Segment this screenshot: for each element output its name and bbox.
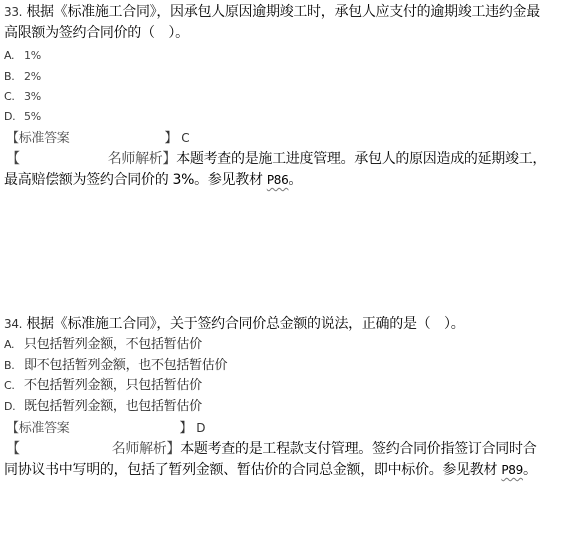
option-text: 只包括暂列金额，不包括暂估价 [24, 337, 202, 352]
question-stem-line: 34. 根据《标准施工合同》，关于签约合同价总金额的说法，正确的是（ ）。 [4, 314, 464, 334]
standard-answer: 【标准答案】D [6, 418, 205, 439]
option-text: 即不包括暂列金额，也不包括暂估价 [24, 358, 227, 373]
answer-label: 【标准答案 [6, 421, 70, 436]
option-text: 1% [24, 49, 41, 62]
option-text: 3% [24, 90, 41, 103]
option-label: D. [4, 107, 24, 127]
answer-label: 【标准答案 [6, 131, 70, 146]
answer-value: C [181, 131, 189, 145]
option-a: A.只包括暂列金额，不包括暂估价 [4, 335, 202, 355]
analysis-text: 本题考查的是工程款支付管理。签约合同价指签订合同时合 [180, 441, 536, 457]
option-d: D.5% [4, 107, 41, 127]
analysis-end: 。 [523, 462, 537, 478]
standard-answer: 【标准答案】C [6, 128, 189, 149]
analysis-line: 【名师解析】本题考查的是工程款支付管理。签约合同价指签订合同时合 [6, 439, 536, 459]
question-stem-text: 根据《标准施工合同》，关于签约合同价总金额的说法，正确的是（ ）。 [26, 316, 464, 332]
analysis-open-bracket: 【 [6, 151, 20, 167]
option-a: A.1% [4, 46, 41, 66]
textbook-page-ref: P89 [501, 463, 523, 477]
answer-value: D [196, 421, 205, 435]
question-number: 33. [4, 5, 22, 19]
answer-label-close: 】 [180, 421, 193, 436]
option-c: C.3% [4, 87, 41, 107]
option-label: B. [4, 356, 24, 376]
analysis-text: 同协议书中写明的，包括了暂列金额、暂估价的合同总金额，即中标价。参见教材 [4, 462, 501, 478]
question-stem-text: 根据《标准施工合同》，因承包人原因逾期竣工时，承包人应支付的逾期竣工违约金最 [26, 4, 540, 20]
analysis-line: 同协议书中写明的，包括了暂列金额、暂估价的合同总金额，即中标价。参见教材 P89… [4, 460, 537, 480]
analysis-end: 。 [288, 172, 302, 188]
question-stem-line: 33. 根据《标准施工合同》，因承包人原因逾期竣工时，承包人应支付的逾期竣工违约… [4, 2, 540, 22]
option-text: 2% [24, 70, 41, 83]
option-c: C.不包括暂列金额，只包括暂估价 [4, 376, 202, 396]
option-b: B.2% [4, 67, 41, 87]
analysis-text: 最高赔偿额为签约合同价的 3%。参见教材 [4, 172, 267, 188]
textbook-page-ref: P86 [267, 173, 289, 187]
option-label: A. [4, 46, 24, 66]
option-label: C. [4, 87, 24, 107]
option-label: A. [4, 335, 24, 355]
option-text: 既包括暂列金额，也包括暂估价 [24, 399, 202, 414]
option-text: 不包括暂列金额，只包括暂估价 [24, 378, 202, 393]
option-d: D.既包括暂列金额，也包括暂估价 [4, 397, 202, 417]
question-stem-text: 高限额为签约合同价的（ ）。 [4, 25, 189, 41]
option-b: B.即不包括暂列金额，也不包括暂估价 [4, 356, 227, 376]
option-label: C. [4, 376, 24, 396]
question-stem-line: 高限额为签约合同价的（ ）。 [4, 23, 189, 43]
answer-label-close: 】 [165, 131, 178, 146]
analysis-label: 名师解析】 [108, 151, 177, 167]
analysis-open-bracket: 【 [6, 441, 20, 457]
option-label: D. [4, 397, 24, 417]
analysis-line: 【名师解析】本题考查的是施工进度管理。承包人的原因造成的延期竣工， [6, 149, 546, 169]
question-number: 34. [4, 317, 22, 331]
analysis-text: 本题考查的是施工进度管理。承包人的原因造成的延期竣工， [176, 151, 546, 167]
analysis-line: 最高赔偿额为签约合同价的 3%。参见教材 P86。 [4, 170, 302, 190]
option-text: 5% [24, 110, 41, 123]
option-label: B. [4, 67, 24, 87]
analysis-label: 名师解析】 [112, 441, 181, 457]
